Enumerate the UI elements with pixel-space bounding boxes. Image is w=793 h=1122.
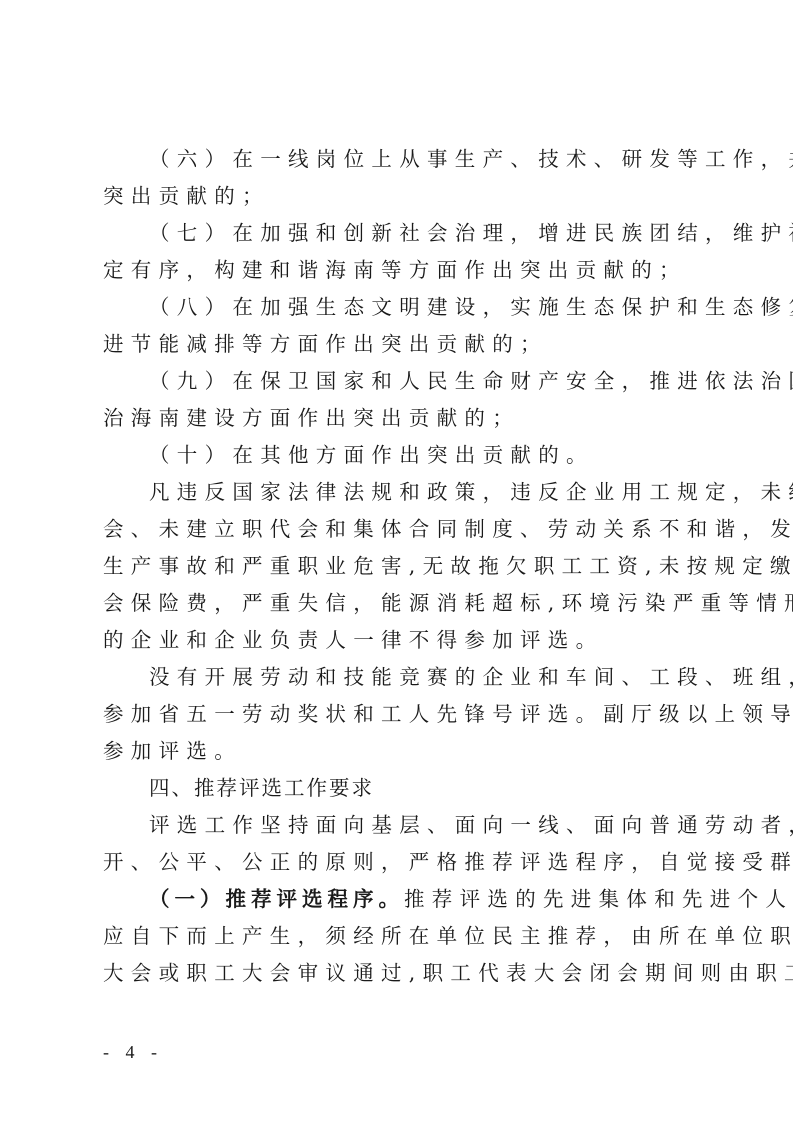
exclusion-paragraph-line-3: 生产事故和严重职业危害,无故拖欠职工工资,未按规定缴纳社 [103,548,693,585]
exclusion-paragraph-line-4: 会保险费，严重失信，能源消耗超标,环境污染严重等情形之一 [103,585,693,622]
subsection-line-2: 应自下而上产生，须经所在单位民主推荐，由所在单位职工代表 [103,918,693,955]
list-item-7-line-1: （七）在加强和创新社会治理，增进民族团结，维护社会安 [103,215,693,252]
list-item-9-line-1: （九）在保卫国家和人民生命财产安全，推进依法治国、法 [103,363,693,400]
list-item-6-line-2: 突出贡献的； [103,178,693,215]
list-item-7-line-2: 定有序，构建和谐海南等方面作出突出贡献的； [103,252,693,289]
subsection-title: （一）推荐评选程序。 [149,887,404,911]
list-item-9-line-2: 治海南建设方面作出突出贡献的； [103,400,693,437]
list-item-8-line-2: 进节能减排等方面作出突出贡献的； [103,326,693,363]
subsection-first-line-text: 推荐评选的先进集体和先进个人， [404,887,793,911]
list-item-8-line-1: （八）在加强生态文明建设，实施生态保护和生态修复,促 [103,289,693,326]
section-intro-line-1: 评选工作坚持面向基层、面向一线、面向普通劳动者，坚持公 [103,807,693,844]
exclusion-paragraph-line-2: 会、未建立职代会和集体合同制度、劳动关系不和谐，发生安全 [103,511,693,548]
section-intro-line-2: 开、公平、公正的原则，严格推荐评选程序，自觉接受群众监督。 [103,844,693,881]
document-body: （六）在一线岗位上从事生产、技术、研发等工作，并做出 突出贡献的； （七）在加强… [103,141,693,992]
list-item-10-line-1: （十）在其他方面作出突出贡献的。 [103,437,693,474]
exclusion-paragraph-line-1: 凡违反国家法律法规和政策，违反企业用工规定，未组建工 [103,474,693,511]
section-heading: 四、推荐评选工作要求 [103,770,693,807]
competition-paragraph-line-2: 参加省五一劳动奖状和工人先锋号评选。副厅级以上领导干部不 [103,696,693,733]
list-item-6-line-1: （六）在一线岗位上从事生产、技术、研发等工作，并做出 [103,141,693,178]
competition-paragraph-line-1: 没有开展劳动和技能竞赛的企业和车间、工段、班组，不能 [103,659,693,696]
exclusion-paragraph-line-5: 的企业和企业负责人一律不得参加评选。 [103,622,693,659]
competition-paragraph-line-3: 参加评选。 [103,733,693,770]
subsection-first-line: （一）推荐评选程序。推荐评选的先进集体和先进个人， [103,881,693,918]
subsection-line-3: 大会或职工大会审议通过,职工代表大会闭会期间则由职工代表 [103,955,693,992]
page-number: - 4 - [103,1042,163,1063]
